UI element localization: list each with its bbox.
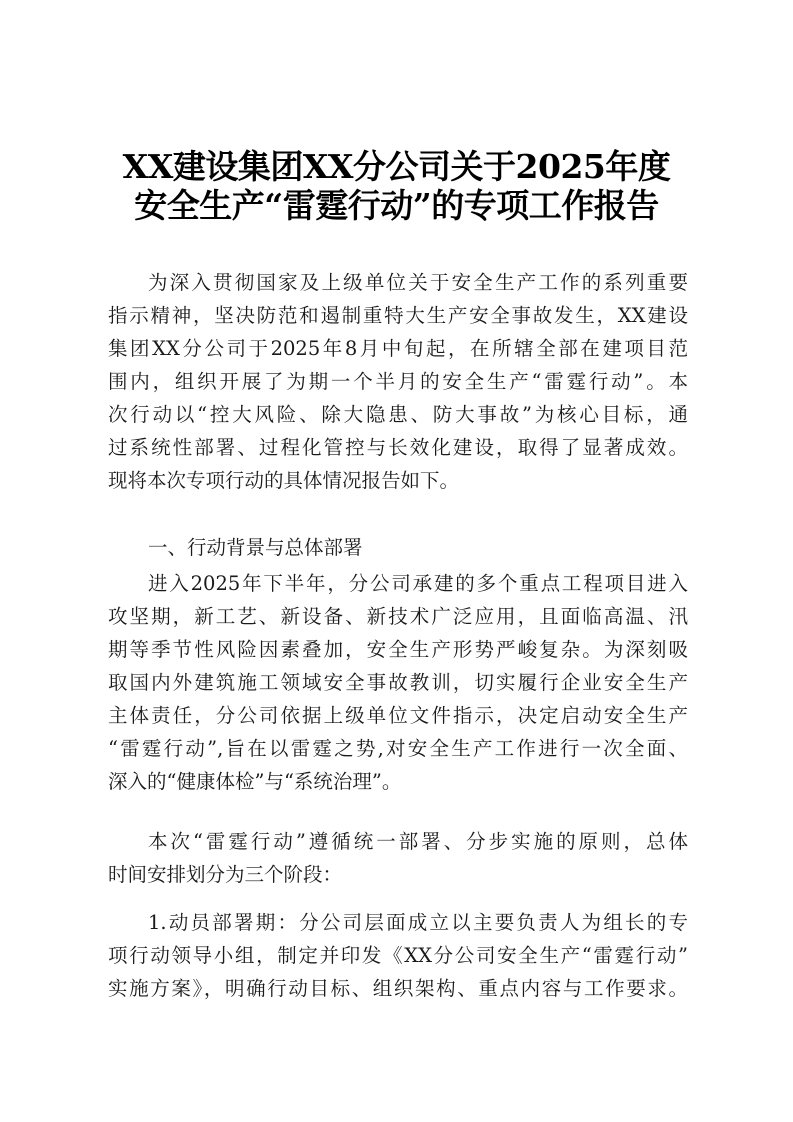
paragraph-line: 集团XX分公司于2025年8月中旬起，在所辖全部在建项目范 [108,337,688,361]
paragraph-line: 1.动员部署期：分公司层面成立以主要负责人为组长的专 [148,911,688,935]
paragraph-line: 主体责任，分公司依据上级单位文件指示，决定启动安全生产 [108,704,688,728]
section-heading: 一、行动背景与总体部署 [148,536,688,560]
paragraph-line: “雷霆行动”,旨在以雷霆之势,对安全生产工作进行一次全面、 [108,737,688,761]
document-title-line-2: 安全生产“雷霆行动”的专项工作报告 [0,186,793,226]
document-title-line-1: XX建设集团XX分公司关于2025年度 [0,147,793,187]
paragraph-line: 项行动领导小组，制定并印发《XX分公司安全生产“雷霆行动” [108,944,688,968]
paragraph-line: 为深入贯彻国家及上级单位关于安全生产工作的系列重要 [148,271,688,295]
paragraph-line: 本次“雷霆行动”遵循统一部署、分步实施的原则，总体 [148,830,688,854]
paragraph-line: 指示精神，坚决防范和遏制重特大生产安全事故发生，XX建设 [108,304,688,328]
paragraph-line: 围内，组织开展了为期一个半月的安全生产“雷霆行动”。本 [108,370,688,394]
paragraph-line: 进入2025年下半年，分公司承建的多个重点工程项目进入 [148,572,688,596]
document-page: XX建设集团XX分公司关于2025年度 安全生产“雷霆行动”的专项工作报告 为深… [0,0,793,1122]
paragraph-line: 攻坚期，新工艺、新设备、新技术广泛应用，且面临高温、汛 [108,605,688,629]
paragraph-line: 次行动以“控大风险、除大隐患、防大事故”为核心目标，通 [108,403,688,427]
paragraph-line: 时间安排划分为三个阶段： [108,863,688,887]
paragraph-line: 取国内外建筑施工领域安全事故教训，切实履行企业安全生产 [108,671,688,695]
paragraph-line: 过系统性部署、过程化管控与长效化建设，取得了显著成效。 [108,436,688,460]
paragraph-line: 深入的“健康体检”与“系统治理”。 [108,770,688,794]
paragraph-line: 实施方案》，明确行动目标、组织架构、重点内容与工作要求。 [108,977,688,1001]
paragraph-line: 现将本次专项行动的具体情况报告如下。 [108,469,688,493]
paragraph-line: 期等季节性风险因素叠加，安全生产形势严峻复杂。为深刻吸 [108,638,688,662]
